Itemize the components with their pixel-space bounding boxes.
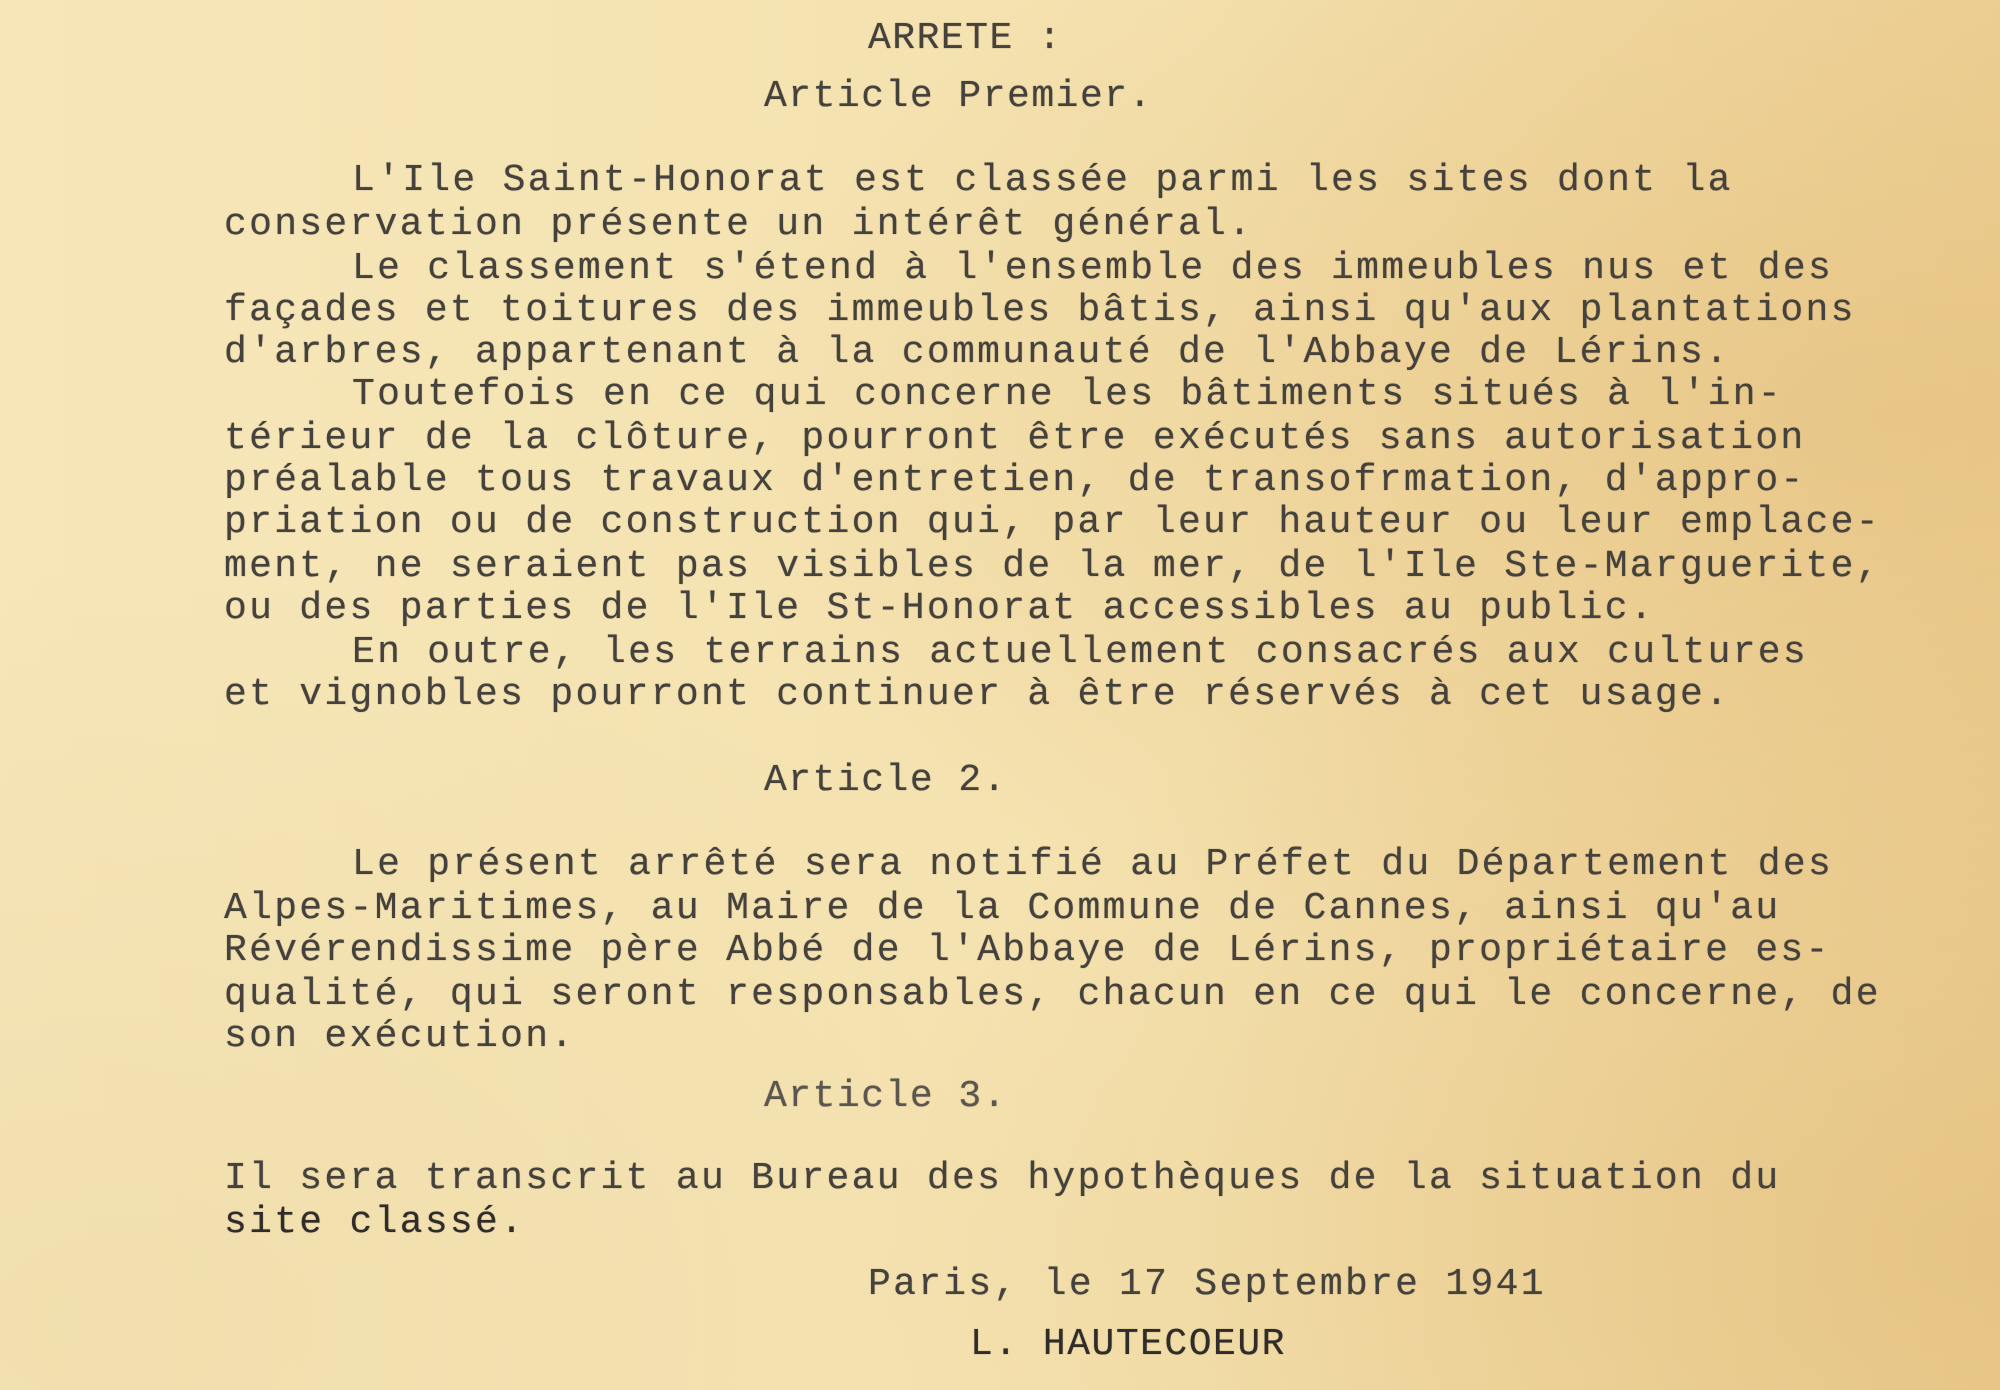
article-1-title: Article Premier. xyxy=(764,76,1153,118)
article-2-para-1-line-3: Révérendissime père Abbé de l'Abbaye de … xyxy=(224,930,1831,972)
typewritten-document-page: ARRETE : Article Premier. L'Ile Saint-Ho… xyxy=(0,0,2000,1390)
article-1-para-3-line-1: Toutefois en ce qui concerne les bâtimen… xyxy=(352,374,1783,416)
article-3-title: Article 3. xyxy=(764,1076,1007,1118)
article-3-para-1-line-1: Il sera transcrit au Bureau des hypothèq… xyxy=(224,1158,1780,1200)
article-1-para-3-line-4: priation ou de construction qui, par leu… xyxy=(224,502,1881,544)
article-1-para-1-line-2: conservation présente un intérêt général… xyxy=(224,204,1253,246)
article-1-para-3-line-6: ou des parties de l'Ile St-Honorat acces… xyxy=(224,588,1655,630)
article-2-para-1-line-1: Le présent arrêté sera notifié au Préfet… xyxy=(352,844,1833,886)
signatory-name: L. HAUTECOEUR xyxy=(970,1324,1286,1366)
article-2-title: Article 2. xyxy=(764,760,1007,802)
article-2-para-1-line-5: son exécution. xyxy=(224,1016,575,1058)
article-1-para-3-line-3: préalable tous travaux d'entretien, de t… xyxy=(224,460,1806,502)
article-1-para-3-line-5: ment, ne seraient pas visibles de la mer… xyxy=(224,546,1881,588)
article-1-para-2-line-2: façades et toitures des immeubles bâtis,… xyxy=(224,290,1856,332)
article-1-para-4-line-2: et vignobles pourront continuer à être r… xyxy=(224,674,1730,716)
article-3-para-1-line-2: site classé. xyxy=(224,1202,525,1244)
article-1-para-2-line-3: d'arbres, appartenant à la communauté de… xyxy=(224,332,1730,374)
article-2-para-1-line-4: qualité, qui seront responsables, chacun… xyxy=(224,974,1881,1016)
place-and-date: Paris, le 17 Septembre 1941 xyxy=(868,1264,1546,1306)
article-1-para-1-line-1: L'Ile Saint-Honorat est classée parmi le… xyxy=(352,160,1733,202)
article-1-para-4-line-1: En outre, les terrains actuellement cons… xyxy=(352,632,1808,674)
article-1-para-3-line-2: térieur de la clôture, pourront être exé… xyxy=(224,418,1806,460)
decree-heading: ARRETE : xyxy=(868,18,1062,60)
article-1-para-2-line-1: Le classement s'étend à l'ensemble des i… xyxy=(352,248,1833,290)
article-2-para-1-line-2: Alpes-Maritimes, au Maire de la Commune … xyxy=(224,888,1780,930)
